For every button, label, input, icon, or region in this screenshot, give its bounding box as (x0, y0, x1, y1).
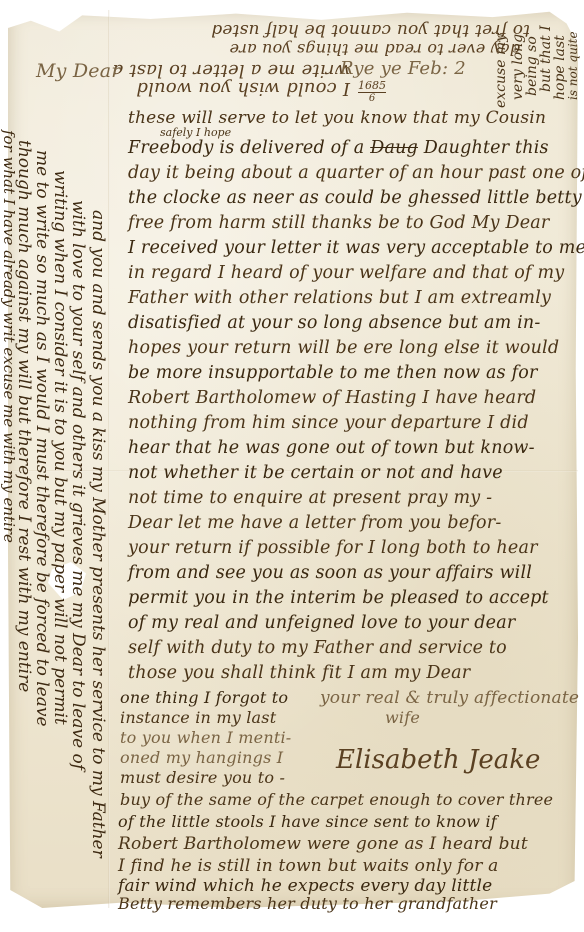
left-margin-line-3: writing when I consider it is to you but… (50, 170, 70, 725)
place-date: Rye ye Feb: 2 (340, 58, 466, 79)
valediction: your real & truly affectionate (320, 688, 579, 708)
struck-word: Daug (370, 138, 418, 158)
body-line-19: from and see you as soon as your affairs… (128, 563, 532, 583)
year-bottom: 6 (358, 92, 386, 104)
inverted-line-4: I could wish you would (110, 78, 350, 99)
body-line-16: not time to enquire at present pray my - (128, 488, 492, 508)
right-margin-line-6: is not quite (566, 31, 580, 100)
body-line-22: self with duty to my Father and service … (128, 638, 507, 658)
body-line-10: hopes your return will be ere long else … (128, 338, 559, 358)
postscript-line-9: I find he is still in town but waits onl… (118, 856, 498, 876)
body-line-12: Robert Bartholomew of Hasting I have hea… (128, 388, 536, 408)
postscript-line-1: one thing I forgot to (120, 688, 288, 707)
body-line-2: Freebody is delivered of a Daug Daughter… (128, 138, 549, 158)
body-line-3: day it being about a quarter of an hour … (128, 163, 584, 183)
postscript-line-11: Betty remembers her duty to her grandfat… (118, 894, 497, 913)
body-line-4: the clocke as neer as could be ghessed l… (128, 188, 584, 208)
paper-fold-vertical (108, 10, 110, 908)
body-line-17: Dear let me have a letter from you befor… (128, 513, 501, 533)
postscript-line-4: oned my hangings I (120, 748, 283, 767)
postscript-line-7: of the little stools I have since sent t… (118, 812, 497, 831)
body-line-9: disatisfied at your so long absence but … (128, 313, 541, 333)
body-line-23: those you shall think fit I am my Dear (128, 663, 470, 683)
inverted-line-1: to fret that you cannot be half usted (150, 20, 530, 40)
body-line-2-text: Freebody is delivered of a (128, 138, 364, 158)
body-line-20: permit you in the interim be pleased to … (128, 588, 549, 608)
body-line-11: be more insupportable to me then now as … (128, 363, 538, 383)
body-line-5: free from harm still thanks be to God My… (128, 213, 550, 233)
postscript-line-8: Robert Bartholomew were gone as I heard … (118, 834, 528, 854)
salutation: My Dear (36, 60, 121, 82)
signature: Elisabeth Jeake (336, 745, 540, 775)
postscript-line-5: must desire you to - (120, 768, 285, 787)
left-margin-line-1: and you and sends you a kiss my Mother p… (88, 210, 108, 858)
body-line-18: your return if possible for I long both … (128, 538, 538, 558)
right-margin-line-1: excuse my (493, 34, 509, 108)
body-line-2-end: Daughter this (424, 138, 549, 158)
postscript-line-2: instance in my last (120, 708, 276, 727)
relation: wife (385, 708, 420, 727)
inverted-line-2: day ever to read me things you are (240, 40, 520, 59)
postscript-line-3: to you when I menti- (120, 728, 291, 747)
body-line-13: nothing from him since your departure I … (128, 413, 529, 433)
body-line-1: these will serve to let you know that my… (128, 108, 546, 128)
body-line-6: I received your letter it was very accep… (128, 238, 584, 258)
postscript-line-10: fair wind which he expects every day lit… (118, 876, 492, 896)
body-line-14: hear that he was gone out of town but kn… (128, 438, 535, 458)
year: 1685 6 (358, 80, 386, 104)
postscript-line-6: buy of the same of the carpet enough to … (120, 790, 553, 809)
body-line-21: of my real and unfeigned love to your de… (128, 613, 515, 633)
body-line-15: not whether it be certain or not and hav… (128, 463, 503, 483)
year-top: 1685 (358, 79, 386, 92)
body-line-8: Father with other relations but I am ext… (128, 288, 551, 308)
left-margin-line-6: for what I have already writ excuse me w… (0, 130, 18, 543)
left-margin-line-2: with love to your self and others it gri… (68, 200, 88, 770)
body-line-7: in regard I heard of your welfare and th… (128, 263, 564, 283)
left-margin-line-4: me to write so much as I would I must th… (32, 150, 52, 727)
